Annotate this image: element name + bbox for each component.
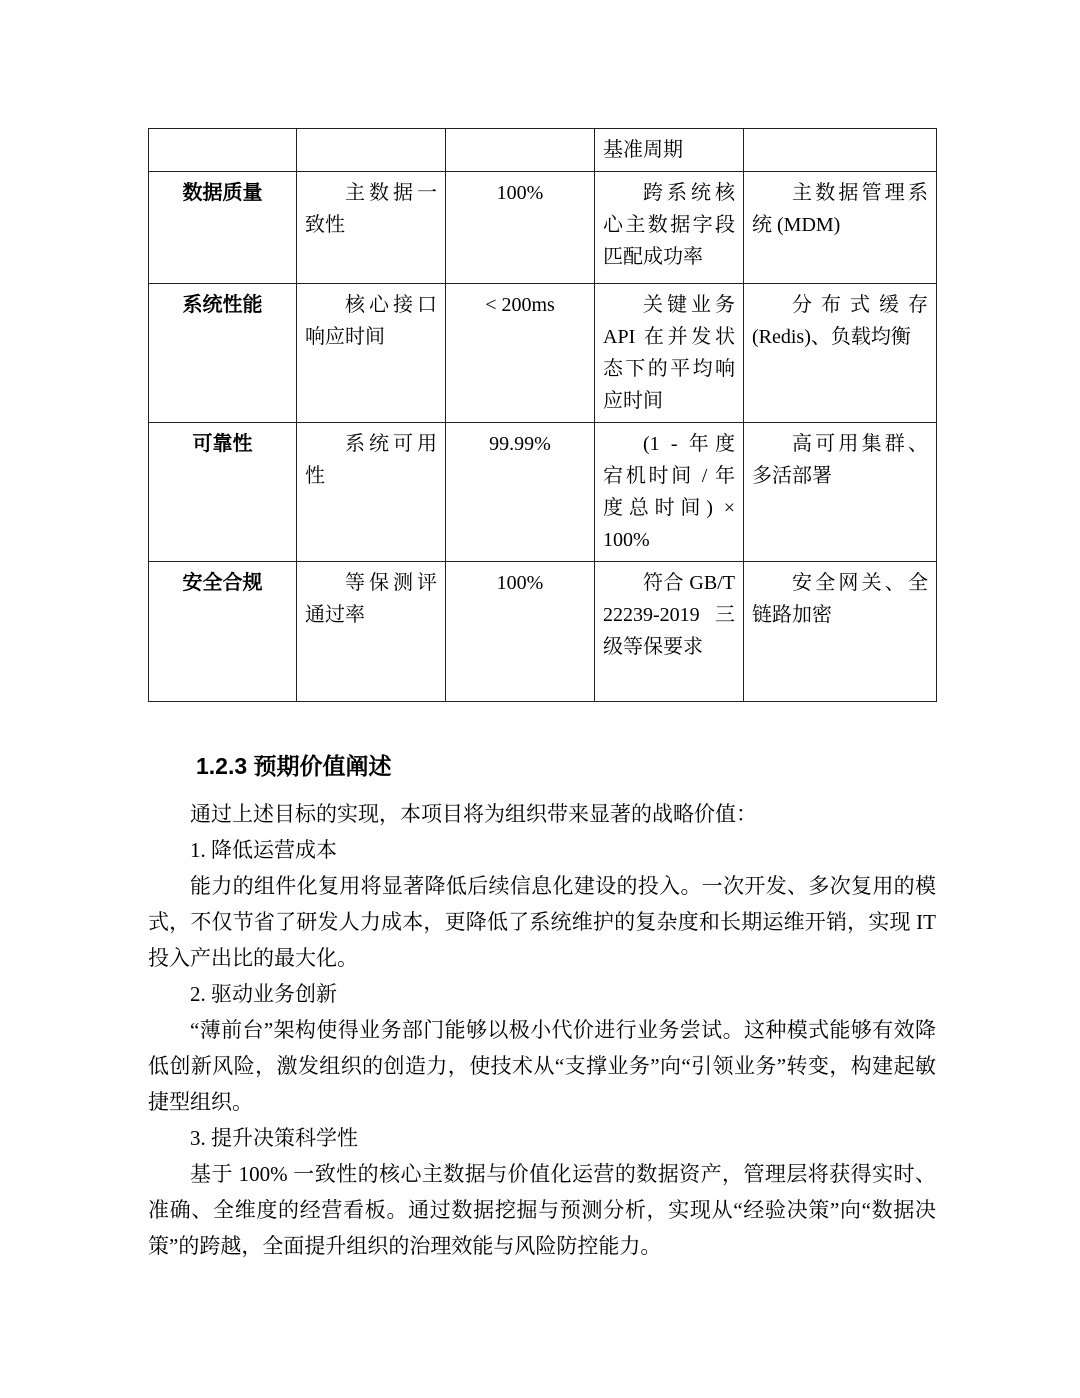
table-cell: 基准周期 — [595, 129, 744, 172]
table-cell — [744, 129, 937, 172]
section-heading: 1.2.3 预期价值阐述 — [196, 750, 392, 782]
table-cell: 关键业务 API 在并发状态下的平均响应时间 — [595, 284, 744, 423]
table-cell: 跨系统核心主数据字段匹配成功率 — [595, 172, 744, 284]
table-cell: 分布式缓存 (Redis)、负载均衡 — [744, 284, 937, 423]
table-cell: 系统性能 — [149, 284, 297, 423]
table-cell: 符合 GB/T 22239-2019 三级等保要求 — [595, 562, 744, 702]
metrics-table: 基准周期 数据质量 主数据一致性 100% 跨系统核心主数据字段匹配成功率 主数… — [148, 128, 937, 702]
list-item-3-title: 3. 提升决策科学性 — [148, 1120, 936, 1156]
table-row: 系统性能 核心接口响应时间 < 200ms 关键业务 API 在并发状态下的平均… — [149, 284, 937, 423]
table-cell — [149, 129, 297, 172]
document-page: 基准周期 数据质量 主数据一致性 100% 跨系统核心主数据字段匹配成功率 主数… — [0, 0, 1080, 1398]
table-cell: (1 - 年度宕机时间 / 年度总时间) × 100% — [595, 423, 744, 562]
list-item-1-body: 能力的组件化复用将显著降低后续信息化建设的投入。一次开发、多次复用的模式，不仅节… — [148, 868, 936, 976]
table-cell: 系统可用性 — [297, 423, 446, 562]
table-cell: 99.99% — [446, 423, 595, 562]
table-cell: 100% — [446, 562, 595, 702]
list-item-2-body: “薄前台”架构使得业务部门能够以极小代价进行业务尝试。这种模式能够有效降低创新风… — [148, 1012, 936, 1120]
table-cell: 核心接口响应时间 — [297, 284, 446, 423]
table-cell — [446, 129, 595, 172]
table-row: 安全合规 等保测评通过率 100% 符合 GB/T 22239-2019 三级等… — [149, 562, 937, 702]
table-cell: 数据质量 — [149, 172, 297, 284]
table-cell: 主数据一致性 — [297, 172, 446, 284]
table-cell: 100% — [446, 172, 595, 284]
table-cell: 安全合规 — [149, 562, 297, 702]
section-body: 通过上述目标的实现，本项目将为组织带来显著的战略价值： 1. 降低运营成本 能力… — [148, 796, 936, 1264]
table-cell — [297, 129, 446, 172]
table-row: 数据质量 主数据一致性 100% 跨系统核心主数据字段匹配成功率 主数据管理系统… — [149, 172, 937, 284]
paragraph-intro: 通过上述目标的实现，本项目将为组织带来显著的战略价值： — [148, 796, 936, 832]
list-item-2-title: 2. 驱动业务创新 — [148, 976, 936, 1012]
table-row: 基准周期 — [149, 129, 937, 172]
list-item-1-title: 1. 降低运营成本 — [148, 832, 936, 868]
list-item-3-body: 基于 100% 一致性的核心主数据与价值化运营的数据资产，管理层将获得实时、准确… — [148, 1156, 936, 1264]
table-row: 可靠性 系统可用性 99.99% (1 - 年度宕机时间 / 年度总时间) × … — [149, 423, 937, 562]
table-cell: 等保测评通过率 — [297, 562, 446, 702]
table-cell: 可靠性 — [149, 423, 297, 562]
table-cell: 安全网关、全链路加密 — [744, 562, 937, 702]
table-cell: 高可用集群、多活部署 — [744, 423, 937, 562]
table-cell: 主数据管理系统 (MDM) — [744, 172, 937, 284]
table-cell: < 200ms — [446, 284, 595, 423]
